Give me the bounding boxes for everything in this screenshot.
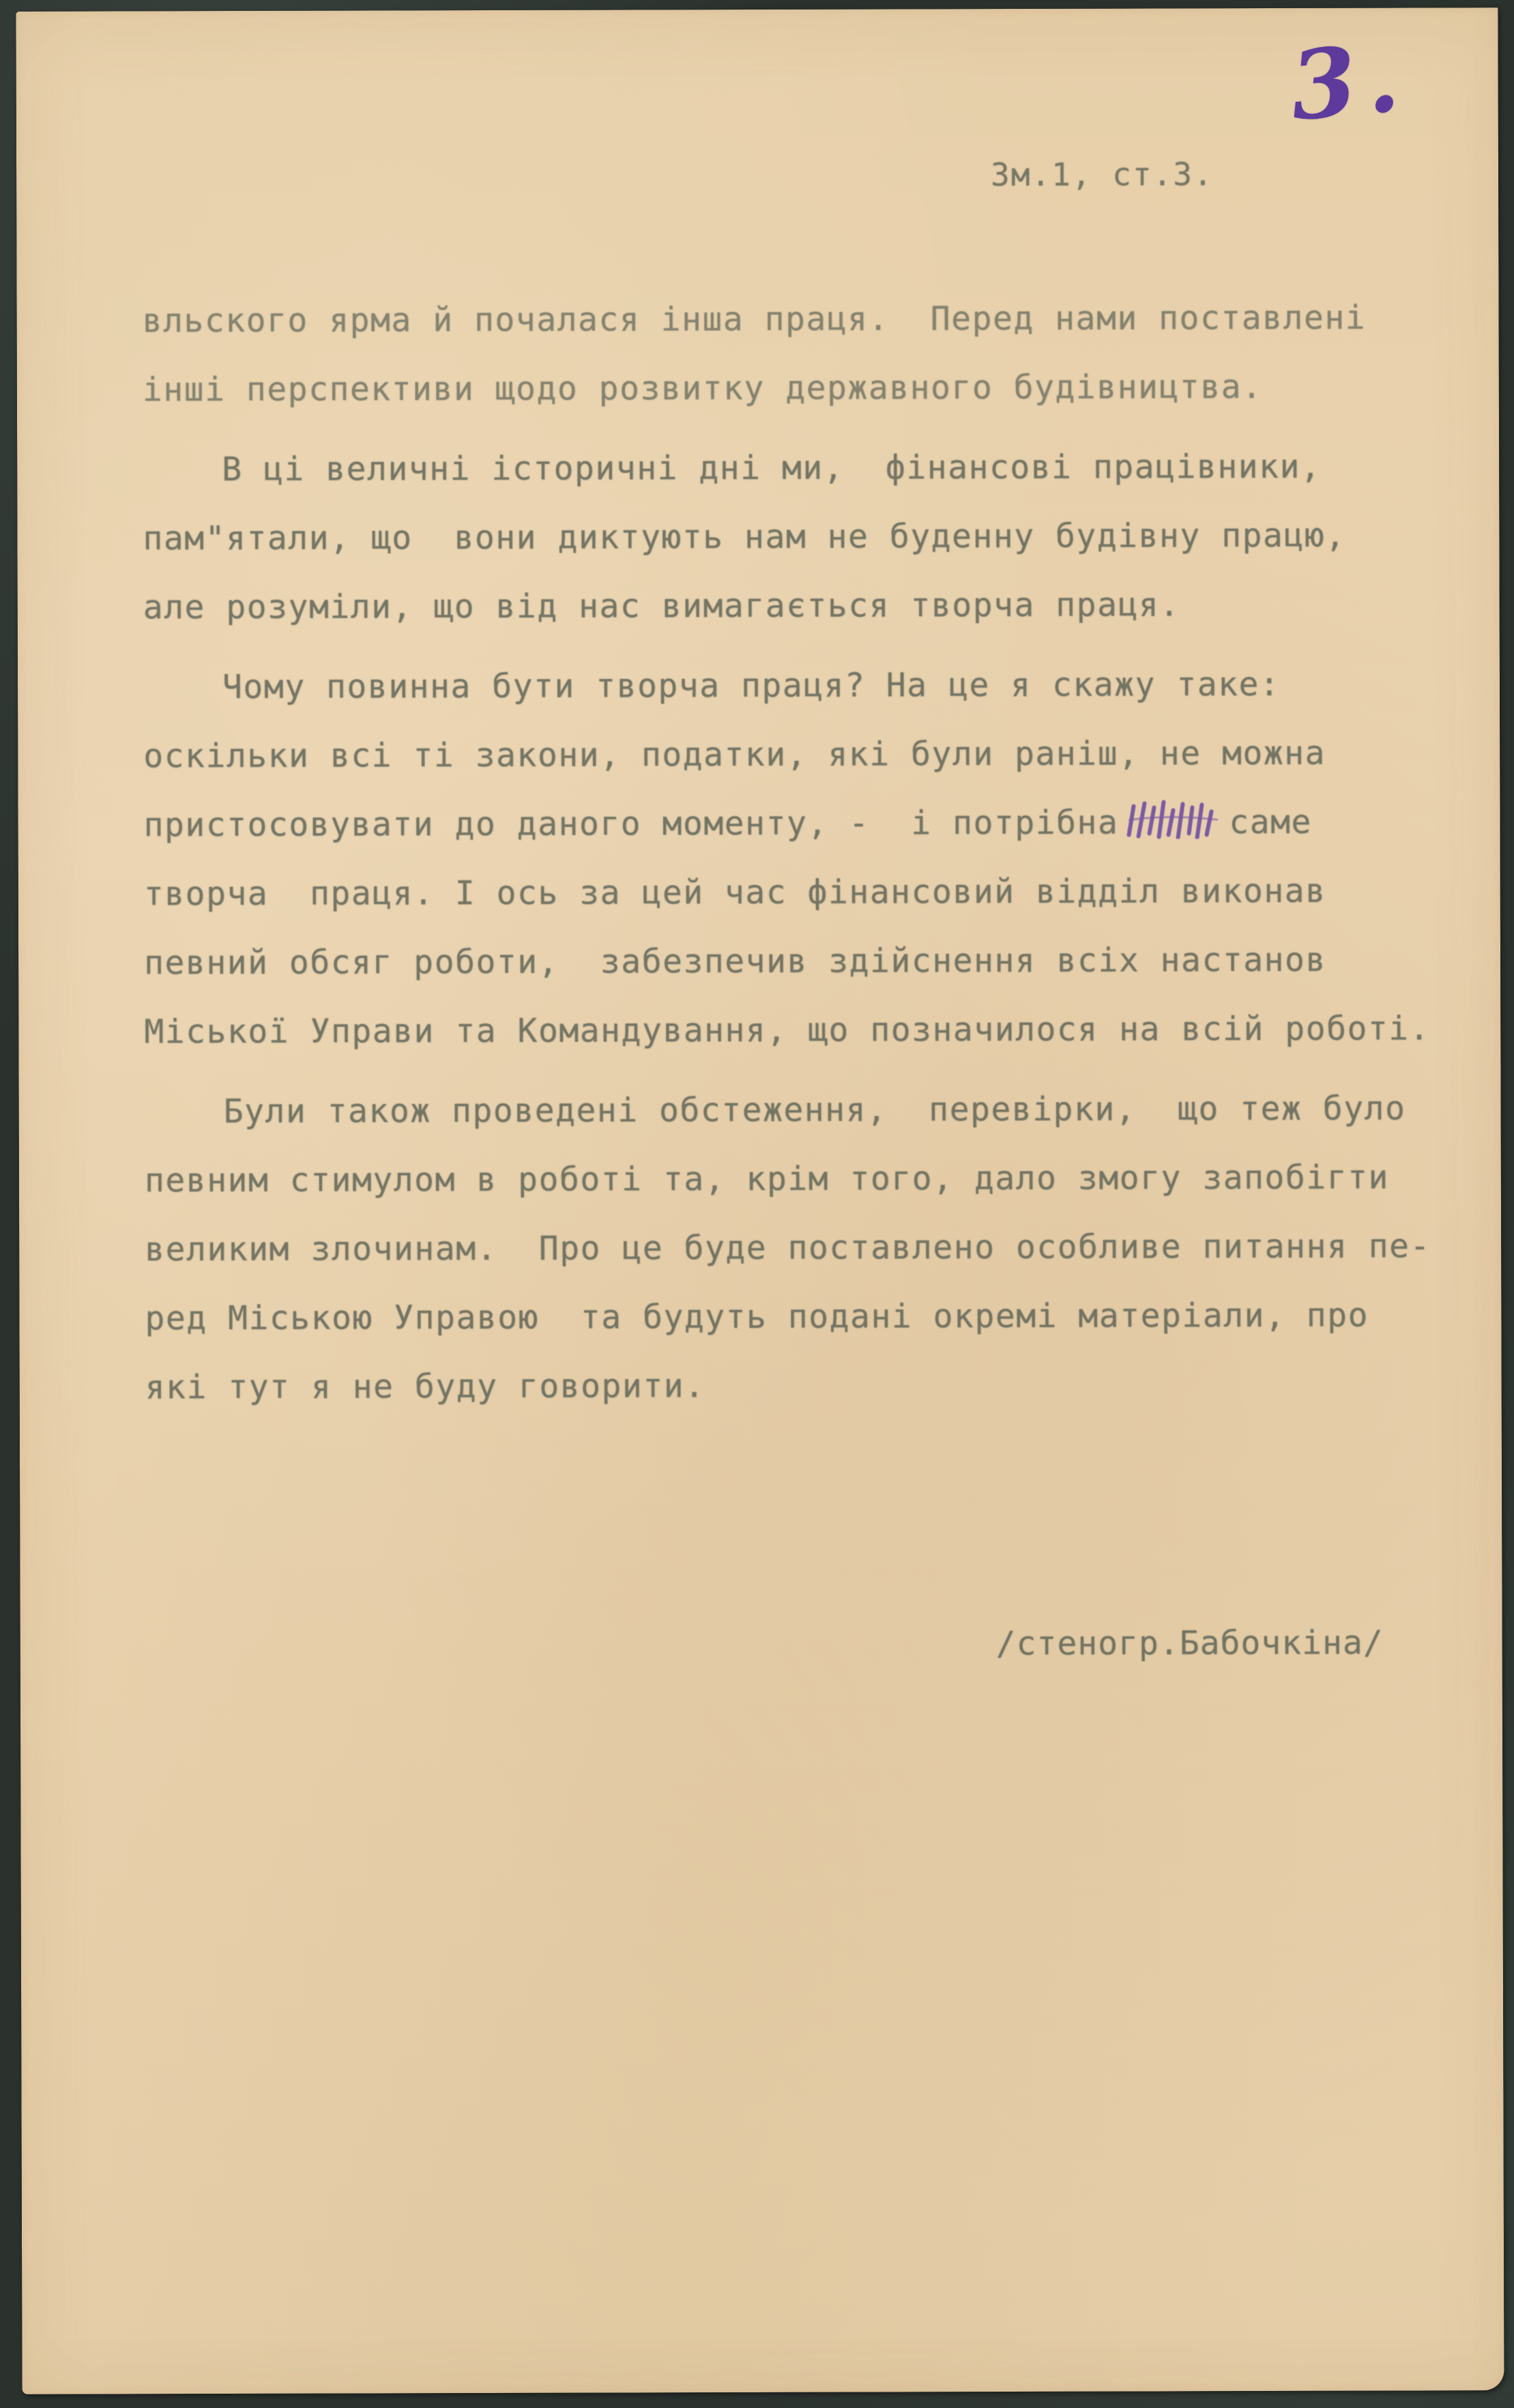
typed-line: В ці величні історичні дні ми, фінансові… [143, 432, 1473, 504]
ink-scribble-icon [1122, 799, 1225, 839]
typed-line: творча праця. І ось за цей час фінансови… [144, 856, 1474, 929]
typed-line-with-scribble: пристосовувати до даного моменту, - і по… [143, 787, 1474, 860]
stenographer-signature: /стеногр.Бабочкіна/ [996, 1624, 1384, 1663]
document-body: вльского ярма й почалася інша праця. Пер… [142, 283, 1475, 1422]
typed-line: ред Міською Управою та будуть подані окр… [145, 1281, 1475, 1353]
handwritten-page-number: 3. [1286, 20, 1413, 142]
typed-line: великим злочинам. Про це буде поставлено… [145, 1212, 1475, 1284]
typed-line: певний обсяг роботи, забезпечив здійснен… [144, 925, 1474, 998]
typed-line: пам"ятали, що вони диктують нам не буден… [143, 501, 1473, 573]
typed-line-segment: пристосовувати до даного моменту, - і по… [143, 804, 1118, 845]
typed-line-segment: саме [1229, 803, 1312, 841]
typed-line: певним стимулом в роботі та, крім того, … [145, 1143, 1475, 1215]
typed-line: Були також проведені обстеження, перевір… [145, 1074, 1475, 1146]
page-header: Зм.1, ст.3. [991, 156, 1214, 193]
typed-line: Міської Управи та Командування, що позна… [144, 994, 1474, 1067]
typed-line: інші перспективи щодо розвитку державног… [143, 352, 1473, 424]
document-page: 3. Зм.1, ст.3. вльского ярма й почалася … [16, 8, 1504, 2394]
typed-line: Чому повинна бути творча праця? На це я … [143, 650, 1474, 722]
typed-line: які тут я не буду говорити. [145, 1350, 1476, 1422]
typed-line: вльского ярма й почалася інша праця. Пер… [142, 283, 1472, 356]
scanned-document: 3. Зм.1, ст.3. вльского ярма й почалася … [0, 0, 1514, 2408]
typed-line: оскільки всі ті закони, податки, які бул… [143, 719, 1474, 791]
typed-line: але розуміли, що від нас вимагається тво… [143, 570, 1474, 642]
